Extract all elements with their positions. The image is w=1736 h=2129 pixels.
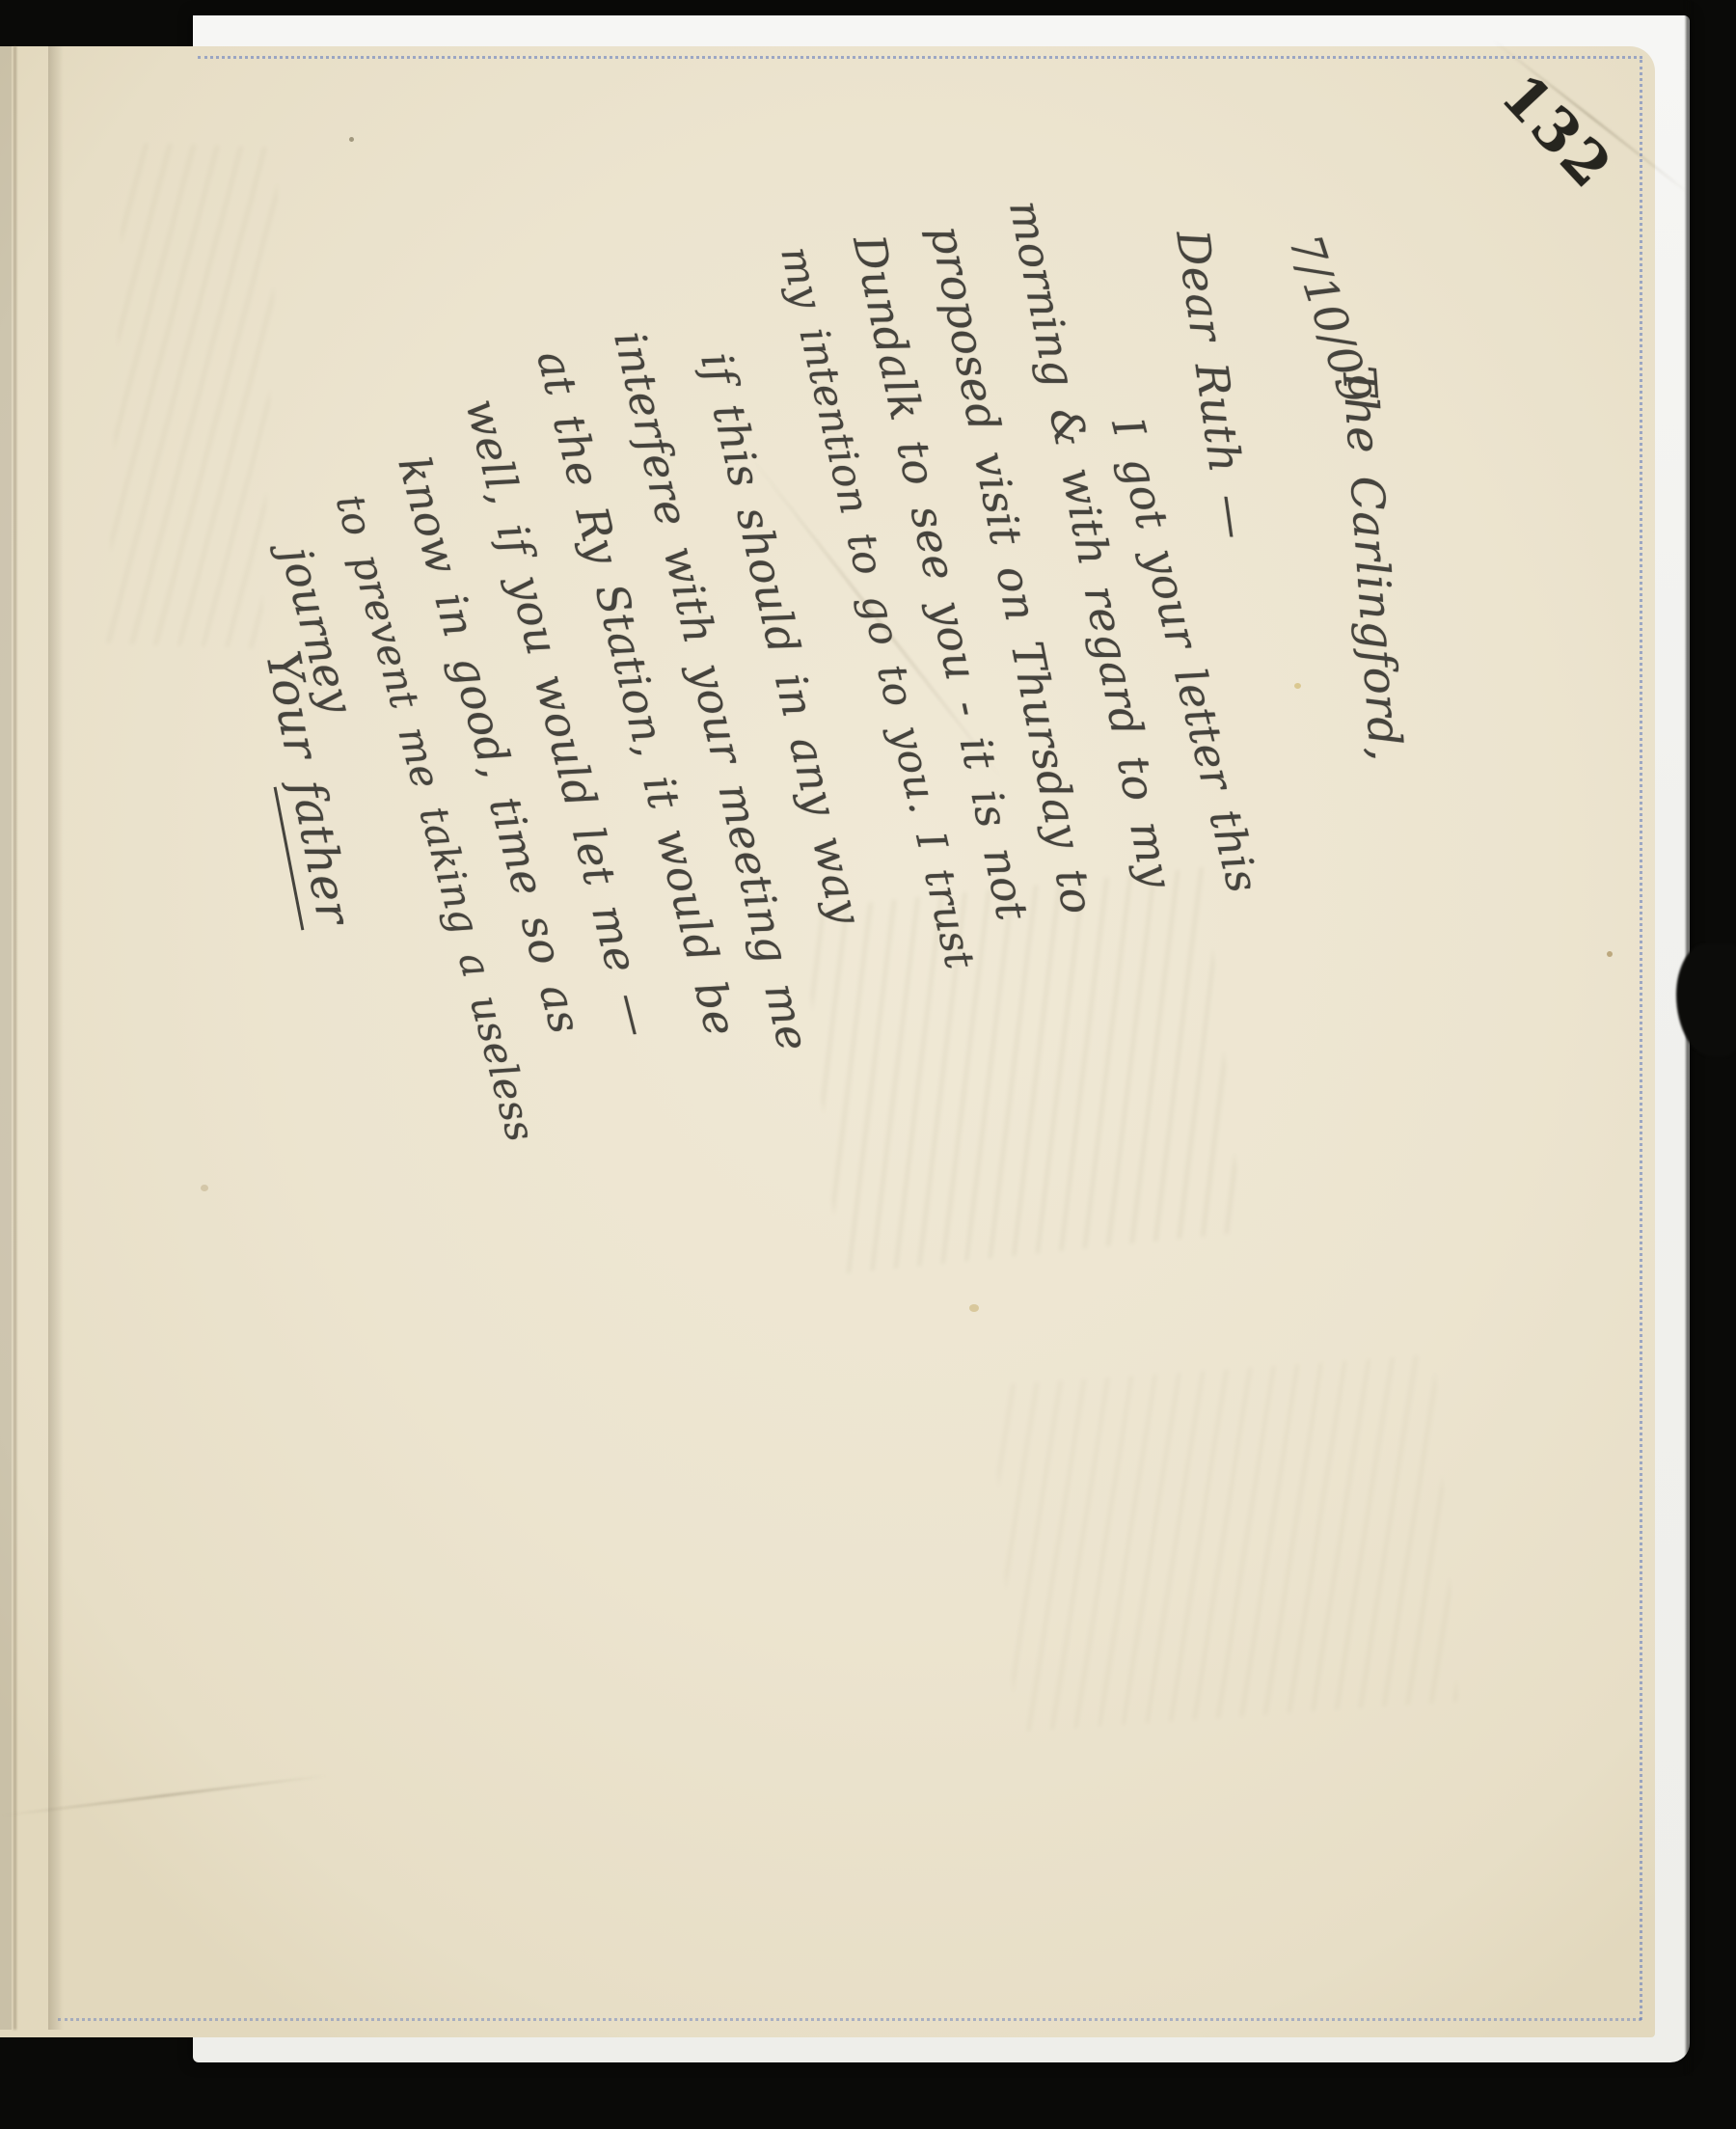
show-through-marks-2 — [991, 1354, 1458, 1732]
paper-stain-2 — [1294, 683, 1301, 689]
paper-stain — [969, 1304, 979, 1312]
blue-dotted-border-right — [1640, 60, 1642, 2020]
album-gutter-fold-2 — [48, 46, 64, 2030]
paper-stain-4 — [201, 1185, 208, 1191]
show-through-marks — [801, 867, 1242, 1274]
album-gutter-fold — [14, 46, 16, 2030]
paper-stain-3 — [1607, 951, 1613, 957]
show-through-marks-3 — [107, 142, 279, 648]
album-gutter-shade — [0, 46, 12, 2030]
blue-dotted-border-top — [198, 56, 1642, 59]
blue-dotted-border-bottom — [58, 2018, 1641, 2021]
paper-speck — [349, 137, 354, 142]
